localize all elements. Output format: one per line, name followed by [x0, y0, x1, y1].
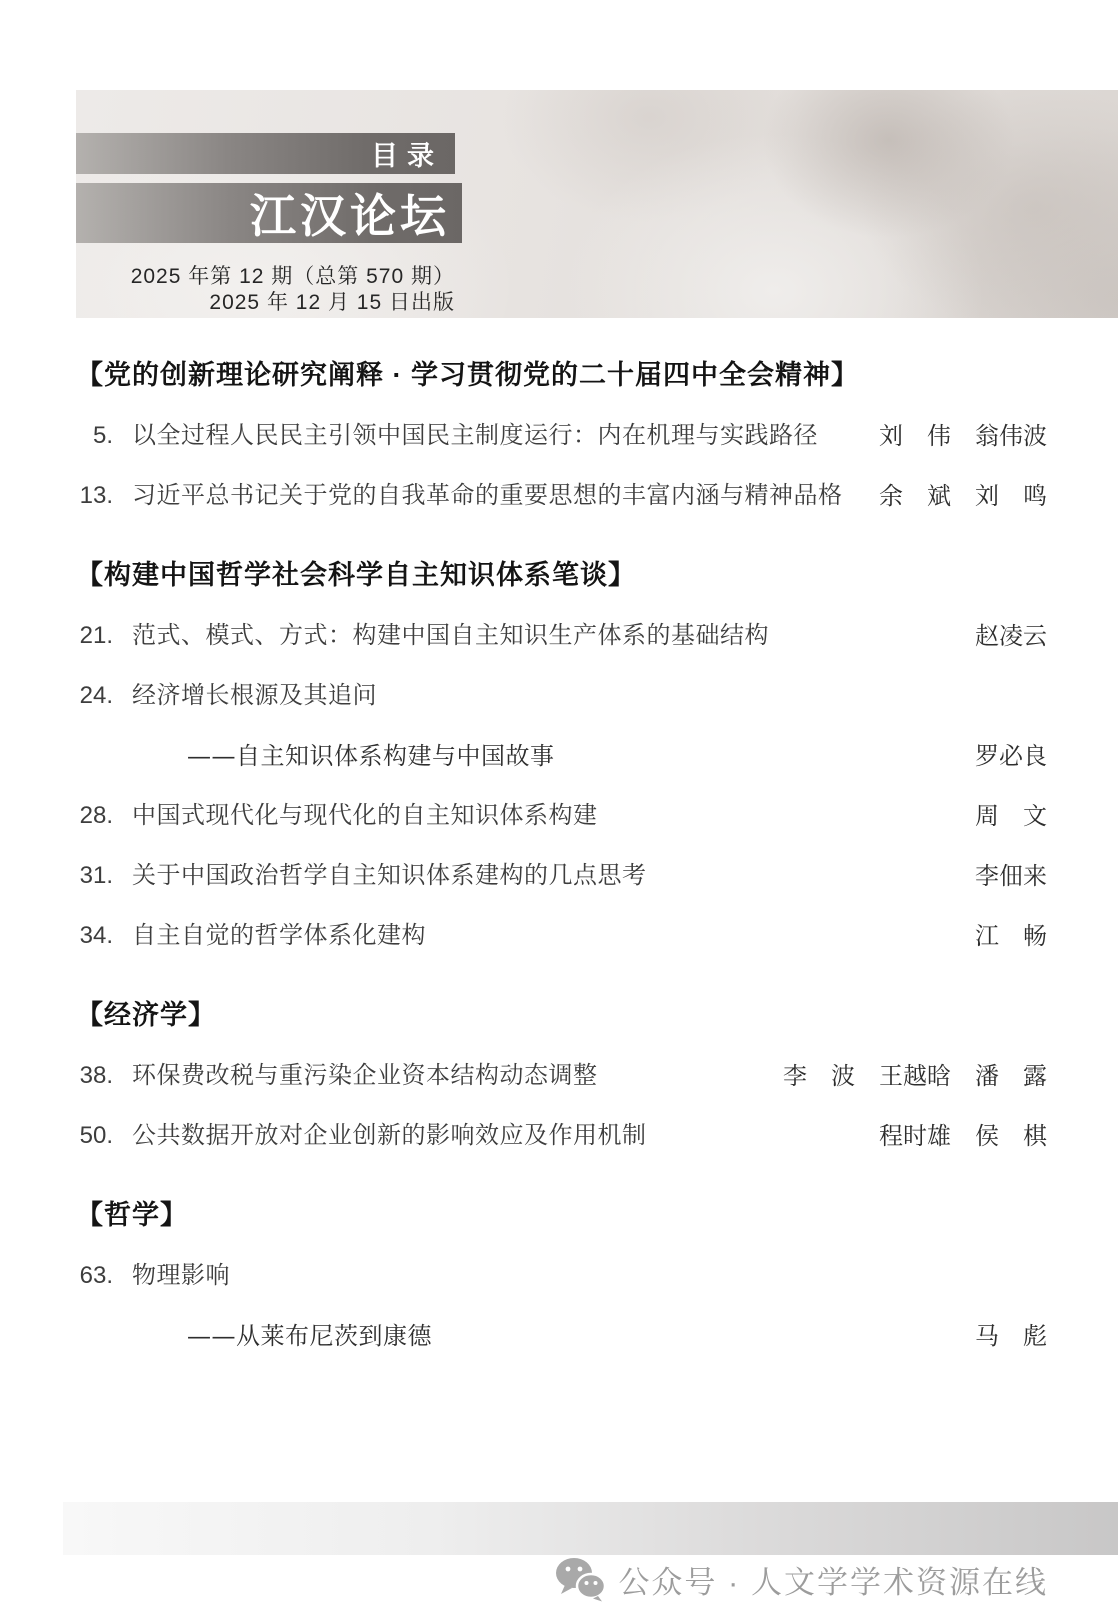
toc-label: 目录 — [371, 134, 443, 173]
page-number: 63. — [76, 1262, 113, 1290]
article-subtitle: ——从莱布尼茨到康德 — [132, 1322, 963, 1350]
toc-section-knowledge-system: 【构建中国哲学社会科学自主知识体系笔谈】 21. 范式、模式、方式：构建中国自主… — [76, 560, 1047, 950]
article-authors: 余 斌 刘 鸣 — [879, 482, 1047, 510]
toc-entry: 21. 范式、模式、方式：构建中国自主知识生产体系的基础结构 赵凌云 — [76, 622, 1047, 650]
article-authors: 程时雄 侯 棋 — [879, 1122, 1047, 1150]
toc-entry: 24. 经济增长根源及其追问 — [76, 682, 1047, 710]
section-header: 【经济学】 — [76, 1000, 1047, 1030]
article-authors: 江 畅 — [975, 922, 1047, 950]
article-authors: 罗必良 — [975, 742, 1047, 770]
publish-date-line: 2025 年 12 月 15 日出版 — [76, 286, 455, 316]
footer-credit: 公众号 · 人文学学术资源在线 — [554, 1556, 1048, 1602]
page-number: 31. — [76, 862, 113, 890]
article-authors: 李佃来 — [975, 862, 1047, 890]
journal-title: 江汉论坛 — [250, 180, 450, 246]
article-title: 经济增长根源及其追问 — [132, 682, 1035, 710]
article-title: 环保费改税与重污染企业资本结构动态调整 — [132, 1062, 771, 1090]
article-title: 范式、模式、方式：构建中国自主知识生产体系的基础结构 — [132, 622, 963, 650]
toc-entry-subtitle: ——自主知识体系构建与中国故事 罗必良 — [76, 742, 1047, 770]
toc-section-philosophy: 【哲学】 63. 物理影响 ——从莱布尼茨到康德 马 彪 — [76, 1200, 1047, 1350]
journal-toc-page: 目录 江汉论坛 2025 年第 12 期（总第 570 期） 2025 年 12… — [0, 0, 1118, 1624]
page-number: 13. — [76, 482, 113, 510]
toc-entry: 38. 环保费改税与重污染企业资本结构动态调整 李 波 王越晗 潘 露 — [76, 1062, 1047, 1090]
page-number: 28. — [76, 802, 113, 830]
banner: 目录 江汉论坛 2025 年第 12 期（总第 570 期） 2025 年 12… — [76, 90, 1118, 318]
toc-entry: 31. 关于中国政治哲学自主知识体系建构的几点思考 李佃来 — [76, 862, 1047, 890]
toc-entry: 50. 公共数据开放对企业创新的影响效应及作用机制 程时雄 侯 棋 — [76, 1122, 1047, 1150]
section-header: 【哲学】 — [76, 1200, 1047, 1230]
toc-entry: 63. 物理影响 — [76, 1262, 1047, 1290]
toc-label-bar: 目录 — [76, 133, 455, 174]
article-title: 习近平总书记关于党的自我革命的重要思想的丰富内涵与精神品格 — [132, 482, 867, 510]
page-number: 34. — [76, 922, 113, 950]
article-authors: 李 波 王越晗 潘 露 — [783, 1062, 1047, 1090]
article-authors: 周 文 — [975, 802, 1047, 830]
page-number: 21. — [76, 622, 113, 650]
article-authors: 马 彪 — [975, 1322, 1047, 1350]
footer-credit-text: 公众号 · 人文学学术资源在线 — [618, 1557, 1048, 1602]
toc-entry: 34. 自主自觉的哲学体系化建构 江 畅 — [76, 922, 1047, 950]
article-subtitle: ——自主知识体系构建与中国故事 — [132, 742, 963, 770]
toc-section-party-theory: 【党的创新理论研究阐释 · 学习贯彻党的二十届四中全会精神】 5. 以全过程人民… — [76, 360, 1047, 510]
article-title: 公共数据开放对企业创新的影响效应及作用机制 — [132, 1122, 867, 1150]
article-title: 中国式现代化与现代化的自主知识体系构建 — [132, 802, 963, 830]
article-title: 以全过程人民民主引领中国民主制度运行：内在机理与实践路径 — [132, 422, 867, 450]
article-title: 关于中国政治哲学自主知识体系建构的几点思考 — [132, 862, 963, 890]
article-authors: 赵凌云 — [975, 622, 1047, 650]
footer-gradient-bar — [63, 1502, 1118, 1555]
wechat-icon — [554, 1556, 606, 1602]
page-number: 50. — [76, 1122, 113, 1150]
article-title: 物理影响 — [132, 1262, 1035, 1290]
section-header: 【党的创新理论研究阐释 · 学习贯彻党的二十届四中全会精神】 — [76, 360, 1047, 390]
toc-entry: 5. 以全过程人民民主引领中国民主制度运行：内在机理与实践路径 刘 伟 翁伟波 — [76, 422, 1047, 450]
toc-entry-subtitle: ——从莱布尼茨到康德 马 彪 — [76, 1322, 1047, 1350]
page-number: 5. — [76, 422, 113, 450]
toc-entry: 13. 习近平总书记关于党的自我革命的重要思想的丰富内涵与精神品格 余 斌 刘 … — [76, 482, 1047, 510]
page-number: 24. — [76, 682, 113, 710]
article-authors: 刘 伟 翁伟波 — [879, 422, 1047, 450]
toc-section-economics: 【经济学】 38. 环保费改税与重污染企业资本结构动态调整 李 波 王越晗 潘 … — [76, 1000, 1047, 1150]
table-of-contents: 【党的创新理论研究阐释 · 学习贯彻党的二十届四中全会精神】 5. 以全过程人民… — [0, 318, 1118, 1350]
page-number: 38. — [76, 1062, 113, 1090]
section-header: 【构建中国哲学社会科学自主知识体系笔谈】 — [76, 560, 1047, 590]
toc-entry: 28. 中国式现代化与现代化的自主知识体系构建 周 文 — [76, 802, 1047, 830]
article-title: 自主自觉的哲学体系化建构 — [132, 922, 963, 950]
journal-title-bar: 江汉论坛 — [76, 183, 462, 243]
